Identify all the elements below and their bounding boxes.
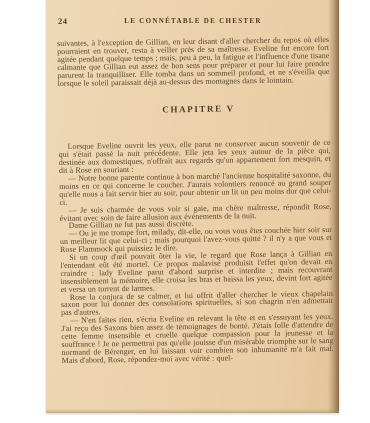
paragraph: — N'en faites rien, s'écria Eveline en r… [61, 313, 334, 364]
book-page: 24 LE CONNÉTABLE DE CHESTER suivantes, à… [46, 0, 339, 413]
page-bottom-edge-shadow [46, 409, 339, 413]
paragraph: Si un coup d'œil pouvait ôter la vie, le… [60, 250, 333, 294]
scan-background: 24 LE CONNÉTABLE DE CHESTER suivantes, à… [0, 0, 370, 423]
page-inner: 24 LE CONNÉTABLE DE CHESTER suivantes, à… [46, 0, 339, 413]
chapter-heading: CHAPITRE V [58, 104, 330, 116]
paragraph: — Notre bonne parente continue à bon mar… [59, 171, 331, 207]
paragraph-intro: suivantes, à l'exception de Gillian, en … [57, 36, 330, 87]
page-body: suivantes, à l'exception de Gillian, en … [57, 36, 334, 365]
page-header: 24 LE CONNÉTABLE DE CHESTER [57, 16, 329, 28]
page-right-edge-shadow [328, 0, 339, 413]
running-title: LE CONNÉTABLE DE CHESTER [57, 17, 329, 25]
